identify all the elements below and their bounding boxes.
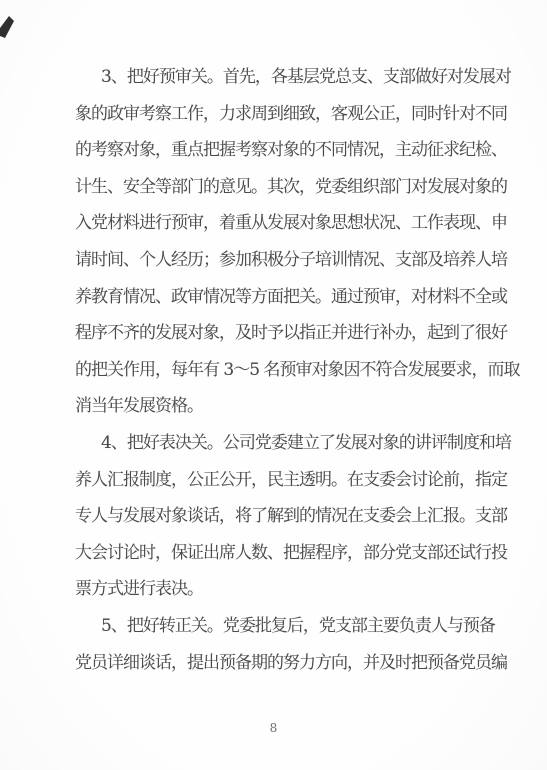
text-line: 象的政审考察工作，力求周到细致，客观公正，同时针对不同 — [75, 96, 499, 133]
text-line: 入党材料进行预审，着重从发展对象思想状况、工作表现、申 — [75, 205, 499, 242]
text-line: 计生、安全等部门的意见。其次，党委组织部门对发展对象的 — [75, 169, 499, 206]
text-line: 3、把好预审关。首先，各基层党总支、支部做好对发展对 — [75, 59, 499, 96]
text-line: 4、把好表决关。公司党委建立了发展对象的讲评制度和培 — [75, 425, 499, 462]
text-line: 养人汇报制度，公正公开，民主透明。在支委会讨论前，指定 — [75, 462, 499, 499]
scan-smudge-mark — [0, 16, 16, 40]
document-page: 3、把好预审关。首先，各基层党总支、支部做好对发展对象的政审考察工作，力求周到细… — [0, 0, 547, 770]
paragraph: 4、把好表决关。公司党委建立了发展对象的讲评制度和培养人汇报制度，公正公开，民主… — [75, 425, 499, 608]
page-number: 8 — [0, 720, 547, 736]
document-body: 3、把好预审关。首先，各基层党总支、支部做好对发展对象的政审考察工作，力求周到细… — [75, 59, 499, 681]
text-line: 的把关作用，每年有 3～5 名预审对象因不符合发展要求，而取 — [75, 352, 499, 389]
paragraph: 3、把好预审关。首先，各基层党总支、支部做好对发展对象的政审考察工作，力求周到细… — [75, 59, 499, 425]
text-line: 大会讨论时，保证出席人数、把握程序，部分党支部还试行投 — [75, 535, 499, 572]
text-line: 的考察对象，重点把握考察对象的不同情况，主动征求纪检、 — [75, 132, 499, 169]
text-line: 党员详细谈话，提出预备期的努力方向，并及时把预备党员编 — [75, 645, 499, 682]
text-line: 票方式进行表决。 — [75, 571, 499, 608]
paragraph: 5、把好转正关。党委批复后，党支部主要负责人与预备党员详细谈话，提出预备期的努力… — [75, 608, 499, 681]
text-line: 程序不齐的发展对象，及时予以指正并进行补办，起到了很好 — [75, 315, 499, 352]
text-line: 专人与发展对象谈话，将了解到的情况在支委会上汇报。支部 — [75, 498, 499, 535]
text-line: 养教育情况、政审情况等方面把关。通过预审，对材料不全或 — [75, 279, 499, 316]
text-line: 请时间、个人经历；参加积极分子培训情况、支部及培养人培 — [75, 242, 499, 279]
text-line: 5、把好转正关。党委批复后，党支部主要负责人与预备 — [75, 608, 499, 645]
text-line: 消当年发展资格。 — [75, 388, 499, 425]
